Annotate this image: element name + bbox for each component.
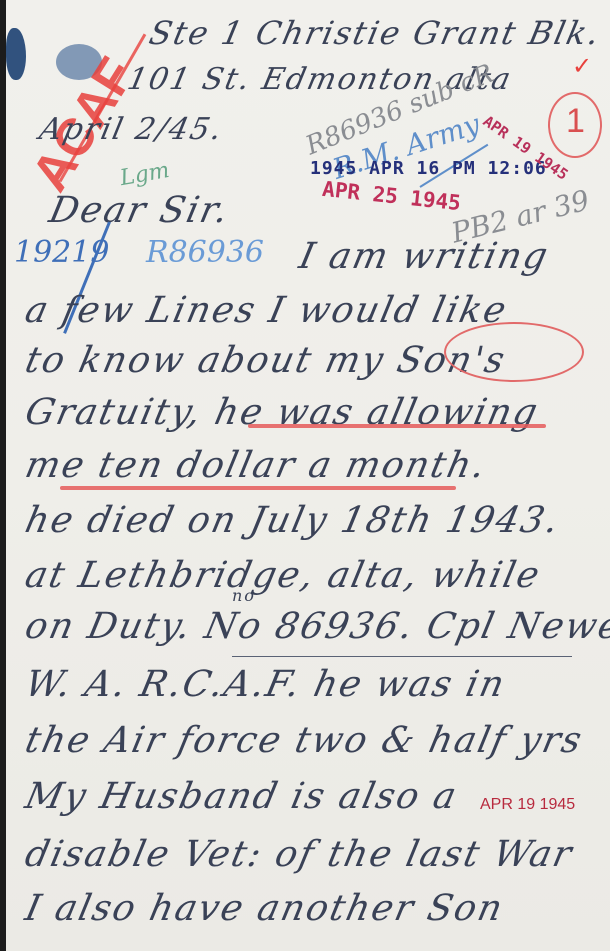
received-stamp: 1945 APR 16 PM 12:06 (310, 158, 547, 179)
body-line-13: I also have another Son (22, 888, 508, 929)
body-line-9: W. A. R.C.A.F. he was in (22, 664, 510, 705)
red-underline-month (60, 486, 456, 490)
body-line-11: My Husband is also a (22, 776, 462, 817)
registration-number: R86936 (146, 235, 264, 270)
body-line-8: on Duty. No 86936. Cpl Newell. (22, 606, 610, 647)
body-line-12: disable Vet: of the last War (22, 834, 577, 875)
letter-date: April 2/45. (36, 112, 226, 147)
red-circled-number: 1 (566, 102, 585, 141)
body-line-2: a few Lines I would like (22, 290, 512, 331)
superscript-no: no (232, 586, 256, 605)
body-line-1: I am writing (296, 236, 553, 277)
red-circle-sons (444, 322, 584, 382)
date-stamp-lower: APR 19 1945 (480, 796, 575, 814)
body-line-3: to know about my Son's (22, 340, 510, 381)
body-line-10: the Air force two & half yrs (22, 720, 587, 761)
red-check-icon: ✓ (572, 52, 592, 81)
body-line-5: me ten dollar a month. (22, 445, 491, 486)
salutation: Dear Sir. (46, 190, 234, 231)
red-underline-allowing (248, 424, 546, 428)
body-line-7: at Lethbridge, alta, while (22, 555, 545, 596)
body-line-6: he died on July 18th 1943. (22, 500, 564, 541)
address-line-1: Ste 1 Christie Grant Blk. (146, 14, 605, 52)
underline-service-number (232, 656, 572, 657)
